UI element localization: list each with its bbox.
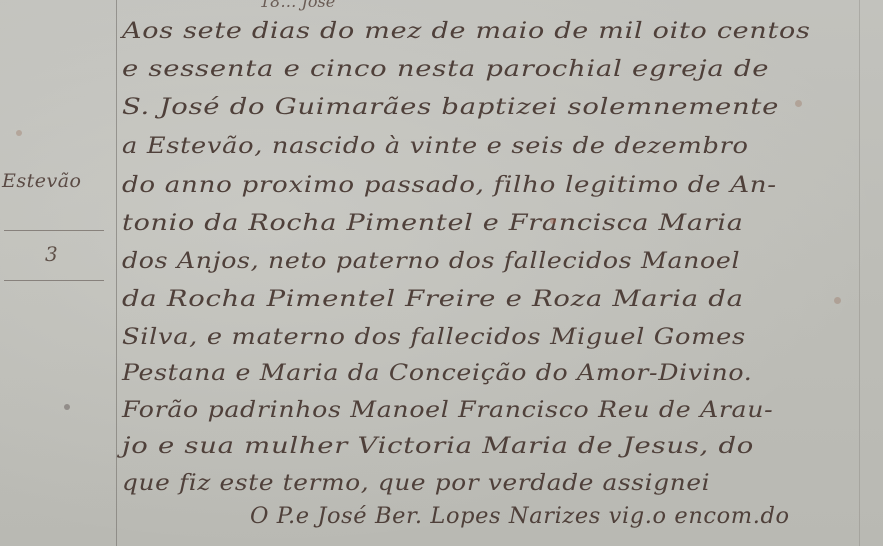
record-line-8: da Rocha Pimentel Freire e Roza Maria da bbox=[122, 286, 744, 312]
record-line-13: que fiz este termo, que por verdade assi… bbox=[122, 470, 710, 496]
record-line-11: Forão padrinhos Manoel Francisco Reu de … bbox=[122, 397, 773, 423]
record-line-9: Silva, e materno dos fallecidos Miguel G… bbox=[122, 324, 746, 350]
record-line-7: dos Anjos, neto paterno dos fallecidos M… bbox=[122, 248, 740, 274]
margin-divider-bottom bbox=[4, 280, 104, 281]
header-fragment: 18… José bbox=[260, 0, 335, 11]
record-line-5: do anno proximo passado, filho legitimo … bbox=[122, 172, 777, 198]
margin-divider-top bbox=[4, 230, 104, 231]
paper-stain bbox=[795, 100, 802, 107]
paper-stain bbox=[550, 218, 556, 224]
paper-stain bbox=[834, 297, 841, 304]
record-line-2: e sessenta e cinco nesta parochial egrej… bbox=[122, 56, 769, 82]
document-page: 18… José Estevão 3 Aos sete dias do mez … bbox=[0, 0, 883, 546]
record-line-12: jo e sua mulher Victoria Maria de Jesus,… bbox=[122, 433, 754, 459]
paper-stain bbox=[16, 130, 22, 136]
margin-entry-number: 3 bbox=[45, 242, 58, 266]
record-line-4: a Estevão, nascido à vinte e seis de dez… bbox=[122, 133, 749, 159]
record-line-1: Aos sete dias do mez de maio de mil oito… bbox=[122, 18, 811, 44]
left-margin-rule bbox=[116, 0, 117, 546]
margin-name: Estevão bbox=[2, 170, 82, 192]
record-line-10: Pestana e Maria da Conceição do Amor-Div… bbox=[122, 360, 752, 386]
record-line-3: S. José do Guimarães baptizei solemnemen… bbox=[122, 94, 779, 120]
paper-stain bbox=[64, 404, 70, 410]
record-line-6: tonio da Rocha Pimentel e Francisca Mari… bbox=[122, 210, 744, 236]
right-margin-rule bbox=[859, 0, 860, 546]
priest-signature: O P.e José Ber. Lopes Narizes vig.o enco… bbox=[250, 503, 790, 529]
